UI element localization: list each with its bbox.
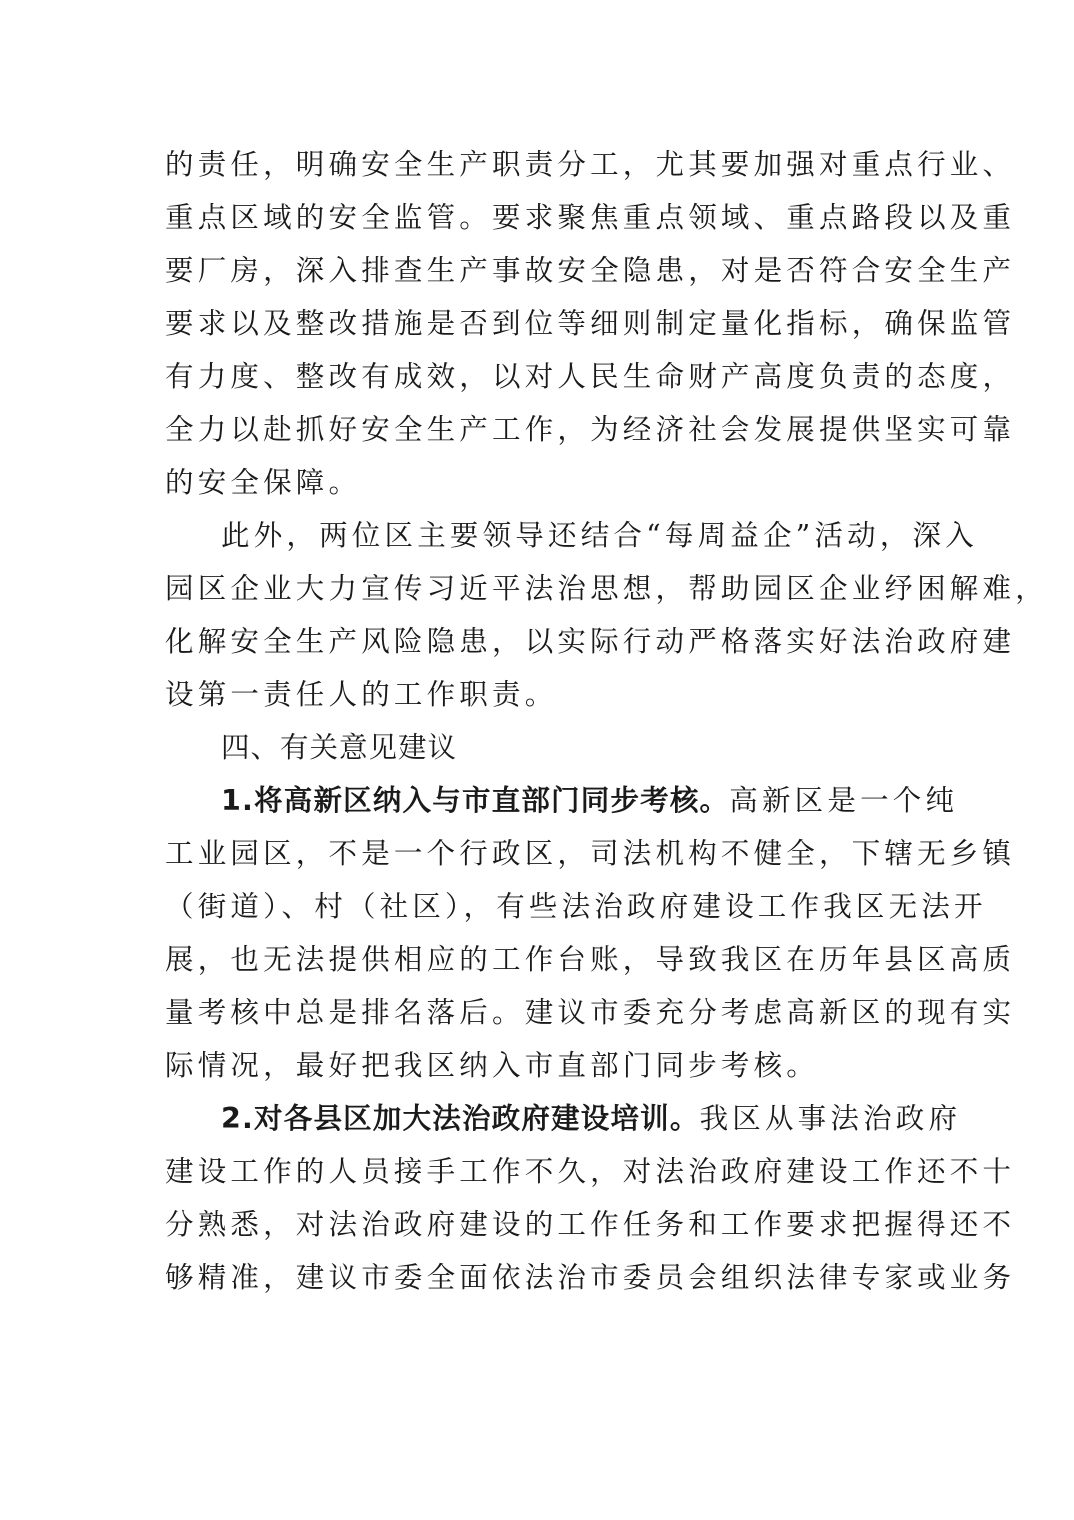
suggestion-1-text: 高新区是一个纯 [729, 784, 958, 817]
text-line: 有力度、整改有成效，以对人民生命财产高度负责的态度， [165, 359, 925, 395]
suggestion-2-first-line: 2.对各县区加大法治政府建设培训。我区从事法治政府 [221, 1101, 925, 1137]
text-line: 化解安全生产风险隐患，以实际行动严格落实好法治政府建 [165, 624, 925, 660]
text-line: 够精准，建议市委全面依法治市委员会组织法律专家或业务 [165, 1260, 925, 1296]
text-line: 此外，两位区主要领导还结合“每周益企”活动，深入 [221, 518, 925, 554]
suggestion-2-title: 2.对各县区加大法治政府建设培训。 [221, 1102, 700, 1135]
text-line: 的责任，明确安全生产职责分工，尤其要加强对重点行业、 [165, 147, 925, 183]
text-line: 建设工作的人员接手工作不久，对法治政府建设工作还不十 [165, 1154, 925, 1190]
text-line: 设第一责任人的工作职责。 [165, 677, 925, 713]
text-line: 全力以赴抓好安全生产工作，为经济社会发展提供坚实可靠 [165, 412, 925, 448]
text-line: 工业园区，不是一个行政区，司法机构不健全，下辖无乡镇 [165, 836, 925, 872]
text-line: 展，也无法提供相应的工作台账，导致我区在历年县区高质 [165, 942, 925, 978]
text-line: 际情况，最好把我区纳入市直部门同步考核。 [165, 1048, 925, 1084]
text-line: 分熟悉，对法治政府建设的工作任务和工作要求把握得还不 [165, 1207, 925, 1243]
suggestion-2-text: 我区从事法治政府 [700, 1102, 962, 1135]
suggestion-1-title: 1.将高新区纳入与市直部门同步考核。 [221, 784, 729, 817]
text-line: 园区企业大力宣传习近平法治思想，帮助园区企业纾困解难， [165, 571, 925, 607]
section-heading: 四、有关意见建议 [221, 730, 925, 766]
text-line: （街道）、村（社区），有些法治政府建设工作我区无法开 [165, 889, 925, 925]
suggestion-1-first-line: 1.将高新区纳入与市直部门同步考核。高新区是一个纯 [221, 783, 925, 819]
text-line: 重点区域的安全监管。要求聚焦重点领域、重点路段以及重 [165, 200, 925, 236]
document-page: 的责任，明确安全生产职责分工，尤其要加强对重点行业、 重点区域的安全监管。要求聚… [0, 0, 1074, 1520]
text-line: 量考核中总是排名落后。建议市委充分考虑高新区的现有实 [165, 995, 925, 1031]
text-line: 的安全保障。 [165, 465, 925, 501]
text-line: 要求以及整改措施是否到位等细则制定量化指标，确保监管 [165, 306, 925, 342]
text-line: 要厂房，深入排查生产事故安全隐患，对是否符合安全生产 [165, 253, 925, 289]
